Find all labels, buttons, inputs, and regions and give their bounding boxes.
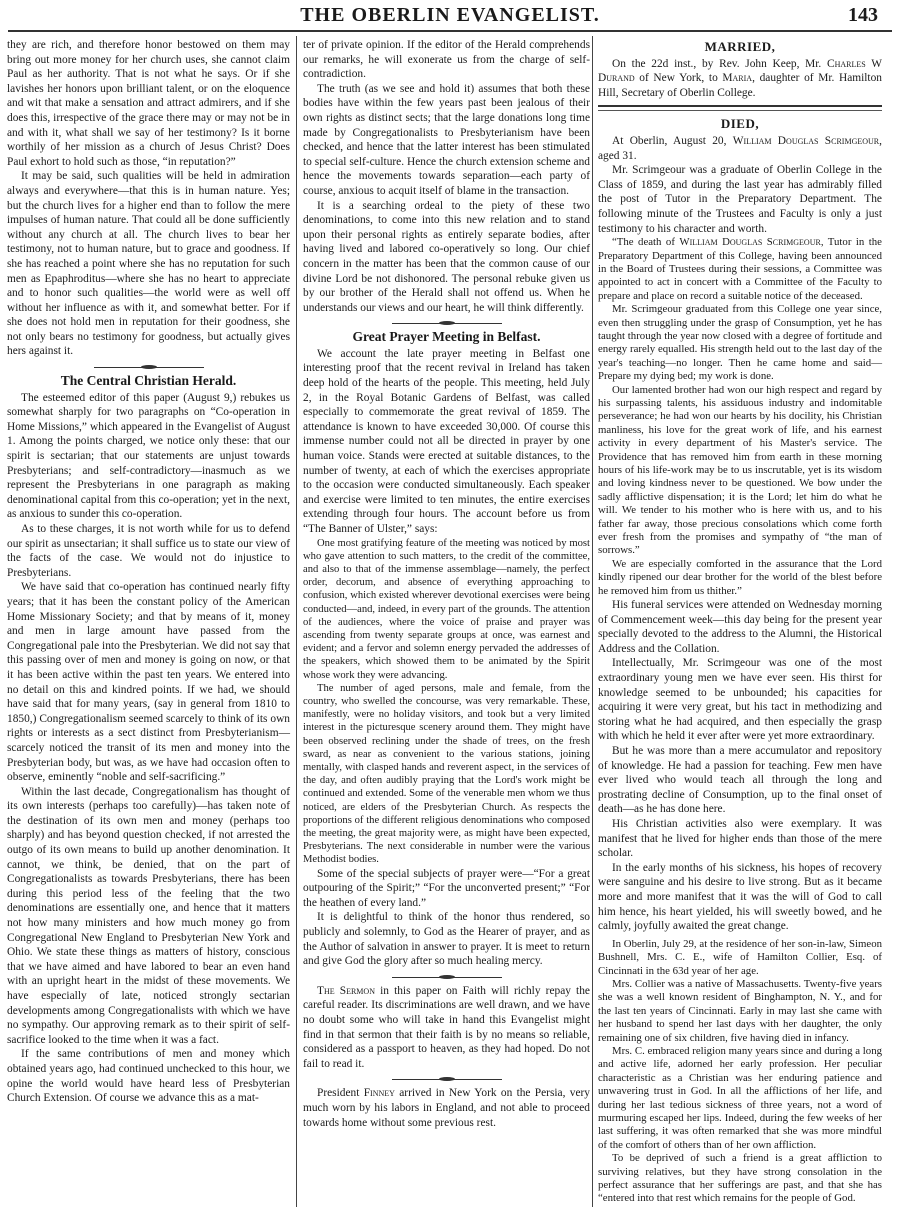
page-number: 143 xyxy=(848,4,878,27)
block-quote: One most gratifying feature of the meeti… xyxy=(303,537,590,867)
paragraph: Mrs. Collier was a native of Massachuset… xyxy=(598,978,882,1045)
column-1: they are rich, and therefore honor besto… xyxy=(7,38,290,1106)
sermon-note: The Sermon in this paper on Faith will r… xyxy=(303,984,590,1072)
deceased-name: William Douglas Scrimgeour xyxy=(679,236,820,248)
paragraph: “The death of William Douglas Scrimgeour… xyxy=(598,236,882,303)
paragraph: If the same contributions of men and mon… xyxy=(7,1047,290,1105)
text: At Oberlin, August 20, xyxy=(612,135,733,147)
married-heading: MARRIED, xyxy=(598,40,882,55)
paragraph: In the early months of his sickness, his… xyxy=(598,861,882,934)
paragraph: Mrs. C. embraced religion many years sin… xyxy=(598,1045,882,1152)
section-ornament-rule xyxy=(392,323,502,324)
paragraph: We account the late prayer meeting in Be… xyxy=(303,347,590,537)
column-divider xyxy=(592,36,593,1207)
paragraph: In Oberlin, July 29, at the residence of… xyxy=(598,938,882,978)
paragraph: As to these charges, it is not worth whi… xyxy=(7,522,290,580)
finney-pre: President xyxy=(317,1087,364,1099)
paragraph: We have said that co-operation has conti… xyxy=(7,580,290,784)
marriage-notice: On the 22d inst., by Rev. John Keep, Mr.… xyxy=(598,57,882,101)
column-3: MARRIED, On the 22d inst., by Rev. John … xyxy=(598,38,882,1206)
paragraph: It is delightful to think of the honor t… xyxy=(303,910,590,968)
paragraph: Some of the special subjects of prayer w… xyxy=(303,867,590,911)
finney-name: Finney xyxy=(364,1087,395,1099)
deceased-name: William Douglas Scrimgeour xyxy=(733,135,879,147)
paragraph: Intellectually, Mr. Scrimgeour was one o… xyxy=(598,656,882,744)
paragraph: The esteemed editor of this paper (Augus… xyxy=(7,391,290,522)
paragraph: We are especially comforted in the assur… xyxy=(598,558,882,598)
column-2: ter of private opinion. If the editor of… xyxy=(303,38,590,1130)
column-divider xyxy=(296,36,297,1207)
masthead: THE OBERLIN EVANGELIST. 143 xyxy=(0,0,900,30)
death-notice: At Oberlin, August 20, William Douglas S… xyxy=(598,134,882,163)
text: of New York, to xyxy=(635,72,723,84)
paragraph: they are rich, and therefore honor besto… xyxy=(7,38,290,169)
sermon-text: in this paper on Faith will richly repay… xyxy=(303,985,590,1070)
article-heading: The Central Christian Herald. xyxy=(7,374,290,389)
paragraph: Within the last decade, Congregationalis… xyxy=(7,785,290,1048)
paragraph: His funeral services were attended on We… xyxy=(598,598,882,656)
paragraph: It may be said, such qualities will be h… xyxy=(7,169,290,359)
text: On the 22d inst., by Rev. John Keep, Mr. xyxy=(612,58,827,70)
paragraph: Mr. Scrimgeour was a graduate of Oberlin… xyxy=(598,163,882,236)
paragraph: The truth (as we see and hold it) assume… xyxy=(303,82,590,199)
masthead-rule xyxy=(8,30,892,32)
quote-paragraph: The number of aged persons, male and fem… xyxy=(303,682,590,867)
quote-paragraph: One most gratifying feature of the meeti… xyxy=(303,537,590,682)
text: “The death of xyxy=(612,236,679,248)
section-ornament-rule xyxy=(392,1079,502,1080)
paragraph: But he was more than a mere accumulator … xyxy=(598,744,882,817)
collier-notice: In Oberlin, July 29, at the residence of… xyxy=(598,938,882,1206)
paragraph: His Christian activities also were exemp… xyxy=(598,817,882,861)
trustees-minute: “The death of William Douglas Scrimgeour… xyxy=(598,236,882,598)
section-ornament-rule xyxy=(94,367,204,368)
newspaper-title: THE OBERLIN EVANGELIST. xyxy=(0,4,900,27)
sermon-lead: The Sermon xyxy=(317,985,375,997)
article-heading: Great Prayer Meeting in Belfast. xyxy=(303,330,590,345)
paragraph: ter of private opinion. If the editor of… xyxy=(303,38,590,82)
paragraph: Mr. Scrimgeour graduated from this Colle… xyxy=(598,303,882,383)
died-heading: DIED, xyxy=(598,117,882,132)
paragraph: To be deprived of such a friend is a gre… xyxy=(598,1152,882,1206)
finney-note: President Finney arrived in New York on … xyxy=(303,1086,590,1130)
bride-name: Maria xyxy=(722,72,752,84)
paragraph: Our lamented brother had won our high re… xyxy=(598,384,882,558)
paragraph: It is a searching ordeal to the piety of… xyxy=(303,199,590,316)
double-rule xyxy=(598,105,882,111)
section-ornament-rule xyxy=(392,977,502,978)
